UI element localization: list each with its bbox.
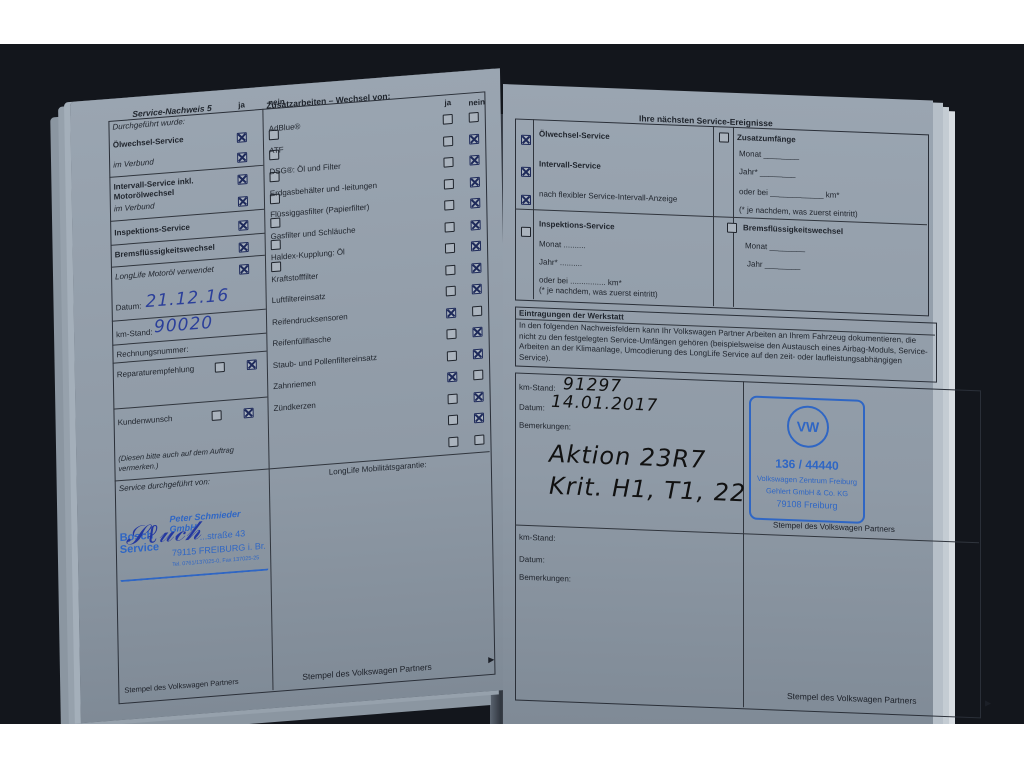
repair-yes-checkbox[interactable]	[215, 362, 225, 373]
extra-yes-checkbox[interactable]	[446, 329, 456, 340]
extra-no-checkbox[interactable]	[473, 370, 483, 381]
entry1-remarks-line1: Aktion 23R7	[549, 440, 706, 474]
extra-no-checkbox[interactable]	[474, 413, 484, 424]
customer-yes-checkbox[interactable]	[212, 410, 222, 421]
col-yes-header: ja	[238, 100, 245, 111]
inspection-checkbox[interactable]	[521, 227, 531, 237]
signature: 𝒮ℓ𝓊𝒸𝒽	[125, 516, 202, 553]
stamp-line3: ...straße 43	[200, 528, 246, 542]
extra-yes-checkbox[interactable]	[447, 350, 457, 361]
stamp-line5: Tel. 0761/137025-0, Fax 137025-25	[172, 555, 259, 568]
extra-no-checkbox[interactable]	[474, 391, 484, 402]
oil-service-checkbox[interactable]	[521, 135, 531, 145]
extra-yes-checkbox[interactable]	[444, 178, 454, 189]
extra-yes-checkbox[interactable]	[443, 135, 453, 146]
extra-no-checkbox[interactable]	[469, 112, 479, 123]
extra-yes-checkbox[interactable]	[446, 307, 456, 318]
extra-no-checkbox[interactable]	[470, 176, 480, 187]
repair-no-checkbox[interactable]	[247, 359, 257, 370]
vw-stamp-line2: Gehlert GmbH & Co. KG	[751, 486, 863, 499]
extra-yes-checkbox[interactable]	[444, 200, 454, 211]
photo-background: Service-Nachweis 5 ja nein Durchgeführt …	[0, 44, 1024, 724]
brake-fluid-year: Jahr ________	[747, 259, 800, 271]
service-yes-checkbox[interactable]	[237, 174, 247, 185]
flex-interval-checkbox[interactable]	[521, 195, 531, 205]
extra-yes-checkbox[interactable]	[443, 114, 453, 125]
entry2-remarks-label: Bemerkungen:	[519, 573, 571, 585]
extra-no-checkbox[interactable]	[470, 198, 480, 209]
additional-checkbox[interactable]	[719, 132, 729, 142]
entry1-remarks-label: Bemerkungen:	[519, 421, 571, 433]
additional-year: Jahr* ________	[739, 167, 796, 179]
service-yes-checkbox[interactable]	[237, 152, 247, 163]
extra-yes-checkbox[interactable]	[446, 286, 456, 297]
extra-yes-checkbox[interactable]	[445, 243, 455, 254]
right-page: Ihre nächsten Service-Ereignisse Ölwechs…	[503, 84, 933, 724]
next-page-arrow-icon: ▶	[488, 655, 494, 664]
extra-yes-checkbox[interactable]	[447, 372, 457, 383]
extra-yes-checkbox[interactable]	[445, 264, 455, 275]
vw-stamp: VW 136 / 44440 Volkswagen Zentrum Freibu…	[749, 395, 865, 523]
entry2-date-label: Datum:	[519, 555, 545, 566]
extra-no-checkbox[interactable]	[474, 434, 484, 445]
extra-yes-checkbox[interactable]	[443, 157, 453, 168]
extra-yes-checkbox[interactable]	[445, 221, 455, 232]
extra-yes-checkbox[interactable]	[448, 415, 458, 426]
service-yes-checkbox[interactable]	[237, 132, 247, 143]
extra-no-checkbox[interactable]	[471, 262, 481, 273]
extra-no-checkbox[interactable]	[471, 219, 481, 230]
entry1-km-label: km-Stand:	[519, 383, 555, 394]
date-label: Datum:	[116, 301, 142, 313]
service-yes-checkbox[interactable]	[238, 220, 248, 231]
service-yes-checkbox[interactable]	[238, 196, 248, 207]
entries-frame	[515, 372, 981, 718]
entry1-date-value: 14.01.2017	[551, 392, 658, 416]
extra-col-no: nein	[468, 97, 485, 108]
extra-col-yes: ja	[444, 98, 451, 109]
extra-no-checkbox[interactable]	[472, 327, 482, 338]
brake-fluid-checkbox[interactable]	[727, 223, 737, 233]
entry1-date-label: Datum:	[519, 403, 545, 414]
extra-no-checkbox[interactable]	[469, 133, 479, 144]
service-yes-checkbox[interactable]	[239, 264, 249, 275]
extra-no-checkbox[interactable]	[472, 284, 482, 295]
vw-stamp-line3: 79108 Freiburg	[751, 498, 863, 512]
extra-item-label: ATF	[269, 145, 284, 156]
service-yes-checkbox[interactable]	[239, 242, 249, 253]
customer-no-checkbox[interactable]	[244, 408, 254, 419]
extra-no-checkbox[interactable]	[473, 348, 483, 359]
left-page: Service-Nachweis 5 ja nein Durchgeführt …	[70, 68, 511, 723]
inspection-year: Jahr* ..........	[539, 257, 582, 269]
vw-stamp-line1: Volkswagen Zentrum Freiburg	[751, 474, 863, 487]
next-page-arrow-icon: ▶	[985, 699, 991, 708]
extra-yes-checkbox[interactable]	[448, 436, 458, 447]
vw-stamp-number: 136 / 44440	[751, 456, 863, 474]
vw-logo-icon: VW	[787, 405, 829, 449]
interval-service-checkbox[interactable]	[521, 167, 531, 177]
inspection-month: Monat ..........	[539, 239, 586, 251]
extra-no-checkbox[interactable]	[471, 241, 481, 252]
extra-no-checkbox[interactable]	[472, 305, 482, 316]
extra-no-checkbox[interactable]	[469, 155, 479, 166]
extra-yes-checkbox[interactable]	[448, 393, 458, 404]
entry2-km-label: km-Stand:	[519, 533, 555, 544]
